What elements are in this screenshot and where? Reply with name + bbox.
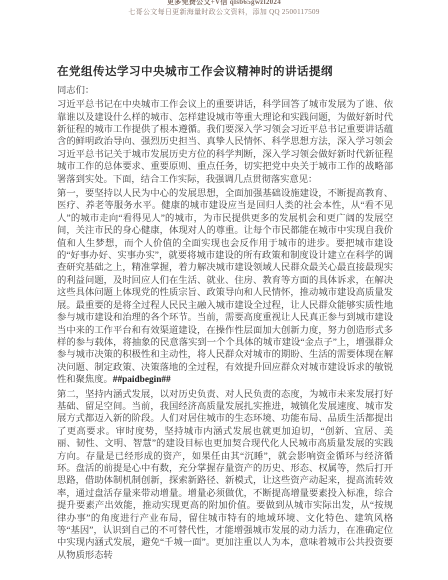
promo-line-wechat: 更多免费公文+V信 qlsb65gwzl2024 — [0, 0, 448, 6]
document-body: 在党组传达学习中央城市工作会议精神时的讲话提纲 同志们： 习近平总书记在中央城市… — [57, 63, 393, 562]
document-page: 更多免费公文+V信 qlsb65gwzl2024 七哥公文每日更新海量时政公文资… — [0, 0, 448, 580]
promo-header: 更多免费公文+V信 qlsb65gwzl2024 七哥公文每日更新海量时政公文资… — [0, 0, 448, 17]
document-title: 在党组传达学习中央城市工作会议精神时的讲话提纲 — [57, 63, 393, 79]
paid-begin-marker: ##paidbegin## — [113, 375, 171, 385]
paragraph-3: 第二，坚持内涵式发展，以对历史负责、对人民负责的态度，为城市未来发展打好基础、留… — [57, 389, 393, 563]
paragraph-1: 习近平总书记在中央城市工作会议上的重要讲话，科学回答了城市发展为了谁、依靠谁以及… — [57, 99, 393, 186]
greeting: 同志们： — [57, 85, 393, 97]
paragraph-2-text: 第一，要坚持以人民为中心的发展思想，全面加强基础设施建设，不断提高教育、医疗、养… — [57, 189, 393, 385]
promo-line-qq: 七哥公文每日更新海量时政公文资料，添加 QQ 2500117509 — [0, 8, 448, 16]
paragraph-2: 第一，要坚持以人民为中心的发展思想，全面加强基础设施建设，不断提高教育、医疗、养… — [57, 188, 393, 387]
